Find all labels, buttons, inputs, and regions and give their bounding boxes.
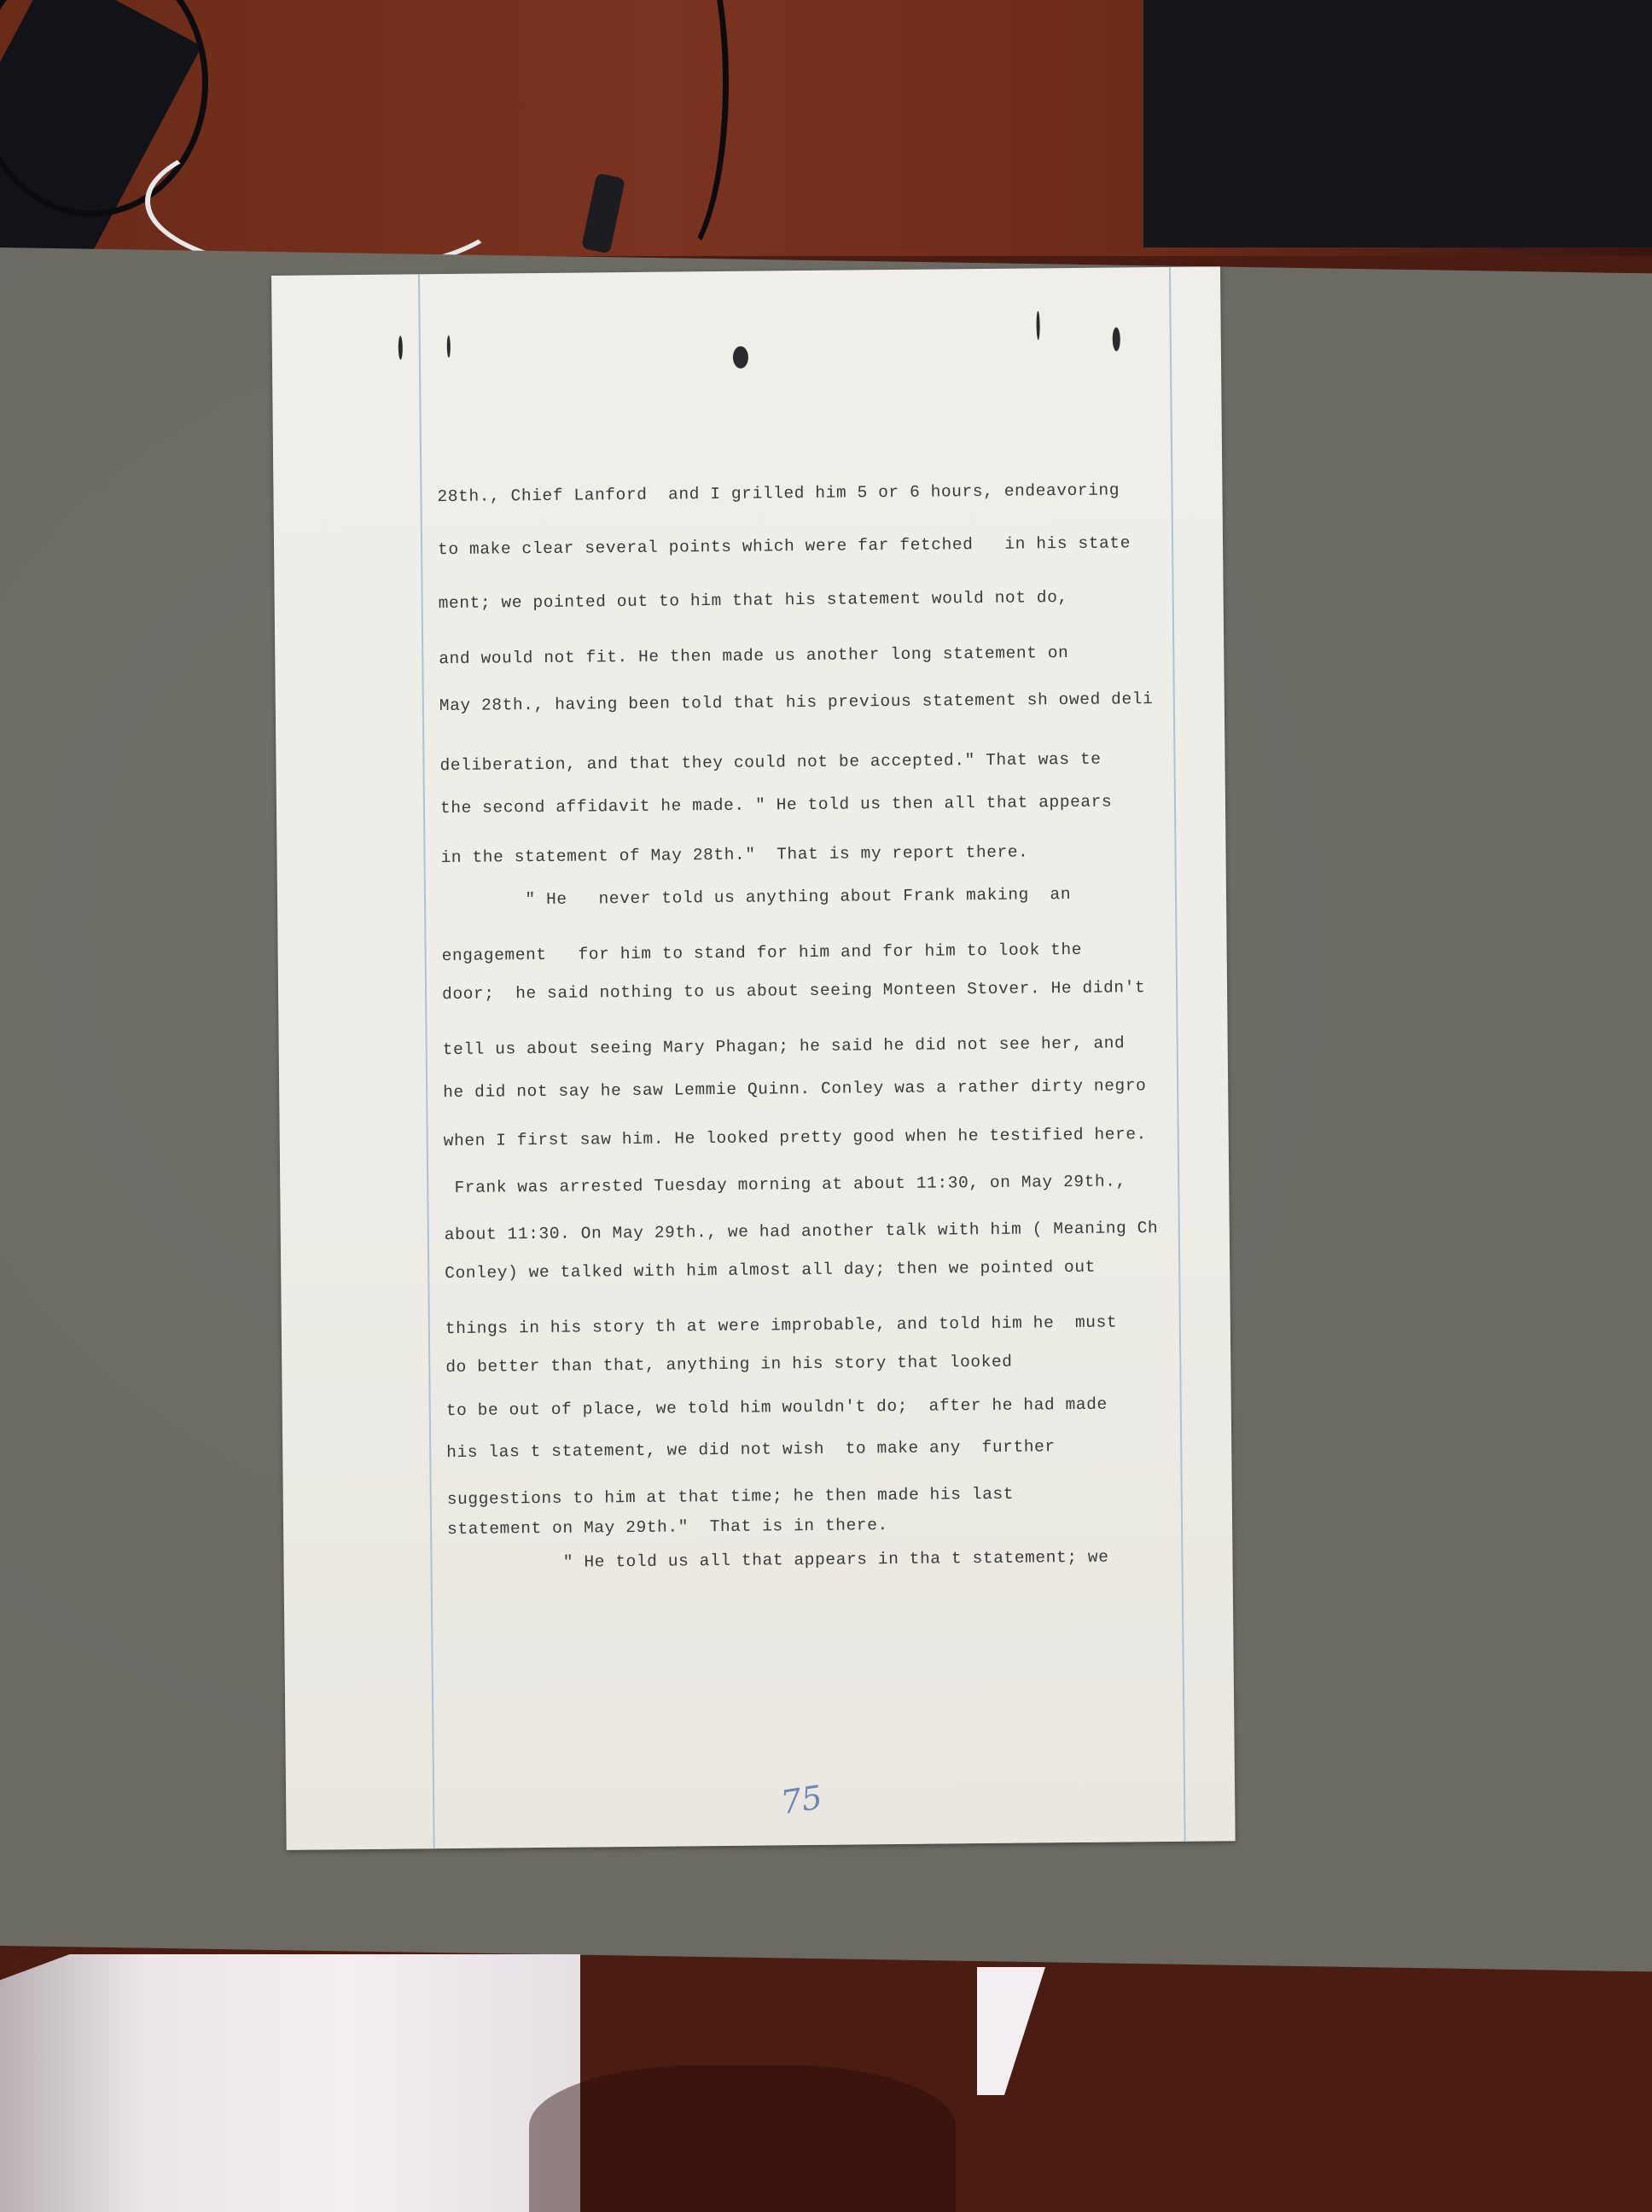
handwritten-page-number: 75 [778, 1778, 824, 1822]
typed-line: do better than that, anything in his sto… [445, 1353, 1012, 1377]
typed-line: suggestions to him at that time; he then… [447, 1485, 1014, 1509]
punch-hole [733, 346, 748, 369]
floor-reflection [977, 1967, 1045, 2095]
monitor-base [1143, 0, 1652, 247]
typed-line: he did not say he saw Lemmie Quinn. Conl… [443, 1076, 1146, 1102]
typed-line: deliberation, and that they could not be… [439, 750, 1101, 775]
typed-line: things in his story th at were improbabl… [445, 1313, 1118, 1339]
typed-line: when I first saw him. He looked pretty g… [444, 1125, 1147, 1150]
typed-line: his las t statement, we did not wish to … [446, 1437, 1056, 1462]
typed-line: May 28th., having been told that his pre… [439, 690, 1154, 715]
typed-line: Conley) we talked with him almost all da… [445, 1258, 1096, 1283]
punch-hole [1036, 311, 1039, 340]
punch-hole [447, 335, 451, 358]
typed-line: about 11:30. On May 29th., we had anothe… [445, 1219, 1159, 1244]
typed-line: to make clear several points which were … [438, 533, 1131, 559]
typed-text-body: 28th., Chief Lanford and I grilled him 5… [437, 480, 1205, 488]
punch-hole [1113, 327, 1120, 351]
typed-line: " He told us all that appears in tha t s… [447, 1548, 1108, 1573]
typed-line: ment; we pointed out to him that his sta… [439, 588, 1068, 613]
floor-reflection [0, 1954, 580, 2212]
typed-line: 28th., Chief Lanford and I grilled him 5… [437, 480, 1120, 506]
typed-line: and would not fit. He then made us anoth… [439, 643, 1068, 668]
typed-line: engagement for him to stand for him and … [442, 940, 1083, 965]
typed-line: tell us about seeing Mary Phagan; he sai… [443, 1033, 1126, 1059]
right-margin-line [1169, 267, 1186, 1842]
typed-line: Frank was arrested Tuesday morning at ab… [444, 1172, 1126, 1197]
photographer-shadow [529, 2065, 956, 2212]
typed-line: in the statement of May 28th." That is m… [440, 843, 1028, 868]
typed-line: statement on May 29th." That is in there… [447, 1516, 888, 1539]
typed-line: to be out of place, we told him wouldn't… [446, 1395, 1108, 1420]
typed-line: the second affidavit he made. " He told … [440, 793, 1113, 818]
punch-hole [398, 336, 403, 360]
typed-line: door; he said nothing to us about seeing… [442, 978, 1145, 1004]
document-page: 28th., Chief Lanford and I grilled him 5… [271, 266, 1236, 1850]
typed-line: " He never told us anything about Frank … [441, 885, 1071, 910]
left-margin-line [418, 274, 435, 1848]
